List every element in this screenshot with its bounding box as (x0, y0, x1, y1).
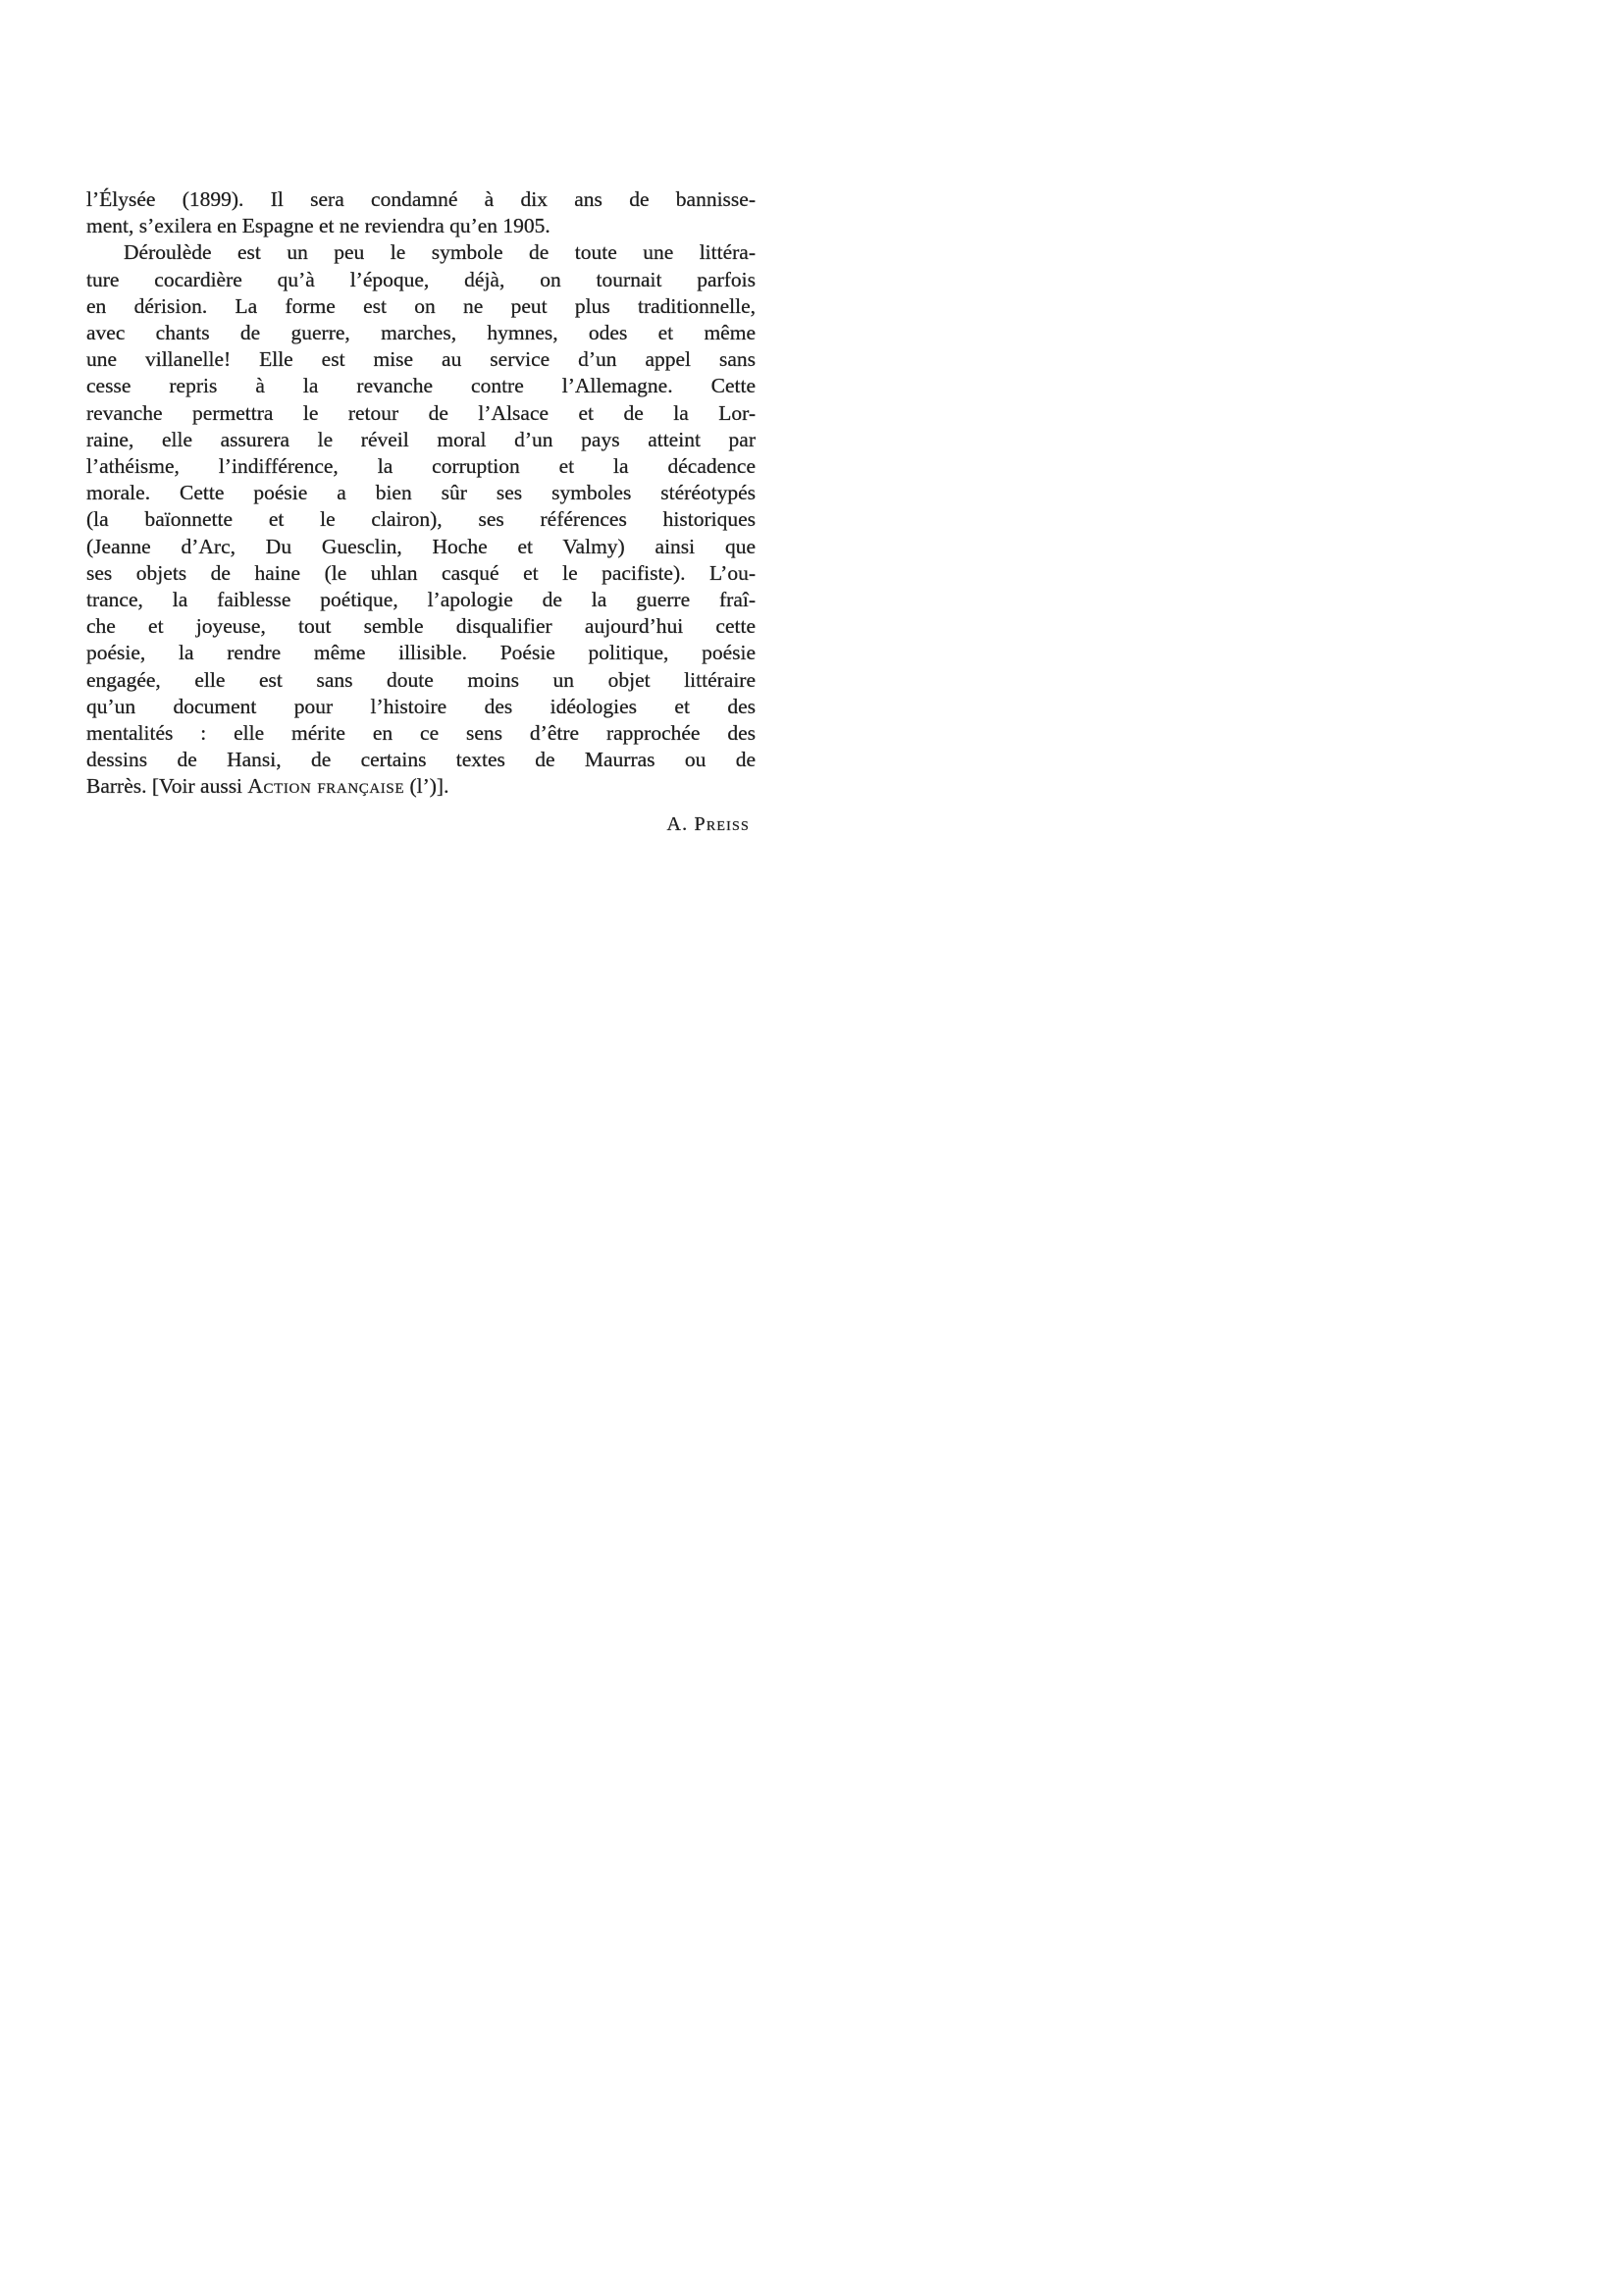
text-line: (la baïonnette et le clairon), ses référ… (86, 506, 756, 533)
text-line: ment, s’exilera en Espagne et ne reviend… (86, 213, 756, 239)
text-line: engagée, elle est sans doute moins un ob… (86, 667, 756, 694)
text-line: l’Élysée (1899). Il sera condamné à dix … (86, 186, 756, 213)
text-line: trance, la faiblesse poétique, l’apologi… (86, 587, 756, 613)
text-line: mentalités : elle mérite en ce sens d’êt… (86, 720, 756, 747)
text-line: l’athéisme, l’indifférence, la corruptio… (86, 453, 756, 480)
text-line: poésie, la rendre même illisible. Poésie… (86, 640, 756, 666)
text-line: che et joyeuse, tout semble disqualifier… (86, 613, 756, 640)
text-line: morale. Cette poésie a bien sûr ses symb… (86, 480, 756, 506)
text-line: cesse repris à la revanche contre l’Alle… (86, 373, 756, 399)
text-line: qu’un document pour l’histoire des idéol… (86, 694, 756, 720)
text-line: raine, elle assurera le réveil moral d’u… (86, 427, 756, 453)
text-line-cross-reference: Barrès. [Voir aussi Action française (l’… (86, 773, 756, 800)
text-line: Déroulède est un peu le symbole de toute… (86, 239, 756, 266)
text-line: (Jeanne d’Arc, Du Guesclin, Hoche et Val… (86, 534, 756, 560)
cross-reference-suffix: (l’)]. (404, 774, 448, 798)
text-line: une villanelle! Elle est mise au service… (86, 346, 756, 373)
document-page: l’Élysée (1899). Il sera condamné à dix … (0, 0, 1624, 2295)
text-line: en dérision. La forme est on ne peut plu… (86, 293, 756, 320)
author-signature: A. Preiss (86, 813, 750, 836)
cross-reference-prefix: Barrès. [Voir aussi (86, 774, 247, 798)
text-line: ture cocardière qu’à l’époque, déjà, on … (86, 267, 756, 293)
article-text: l’Élysée (1899). Il sera condamné à dix … (86, 186, 756, 801)
text-line: ses objets de haine (le uhlan casqué et … (86, 560, 756, 587)
cross-reference-entry: Action française (247, 774, 404, 798)
text-line: avec chants de guerre, marches, hymnes, … (86, 320, 756, 346)
text-line: revanche permettra le retour de l’Alsace… (86, 400, 756, 427)
text-line: dessins de Hansi, de certains textes de … (86, 747, 756, 773)
